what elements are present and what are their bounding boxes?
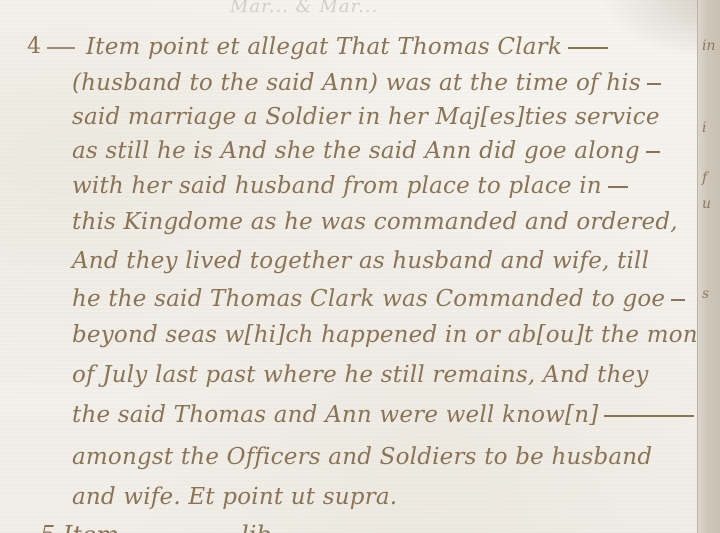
line-text: of July last past where he still remains…	[72, 362, 649, 388]
line-text: amongst the Officers and Soldiers to be …	[72, 444, 652, 470]
edge-fragment: i	[702, 120, 706, 136]
line-text: (husband to the said Ann) was at the tim…	[72, 70, 641, 96]
manuscript-line: with her said husband from place to plac…	[72, 173, 628, 199]
line-text: with her said husband from place to plac…	[72, 173, 602, 199]
line-filler-dash	[568, 47, 608, 49]
line-text: the said Thomas and Ann were well know[n…	[72, 402, 598, 428]
line-filler-dash	[608, 186, 628, 188]
line-text: as still he is And she the said Ann did …	[72, 138, 640, 164]
manuscript-line: this Kingdome as he was commanded and or…	[72, 209, 678, 235]
manuscript-line: said marriage a Soldier in her Maj[es]ti…	[72, 104, 660, 130]
manuscript-line: and wife. Et point ut supra.	[72, 484, 397, 510]
manuscript-line: (husband to the said Ann) was at the tim…	[72, 70, 661, 96]
manuscript-line: Item point et allegat That Thomas Clark	[86, 34, 608, 60]
manuscript-line: he the said Thomas Clark was Commanded t…	[72, 286, 685, 312]
manuscript-line: beyond seas w[hi]ch happened in or ab[ou…	[72, 322, 720, 348]
line-text: beyond seas w[hi]ch happened in or ab[ou…	[72, 322, 720, 348]
line-text: and wife. Et point ut supra.	[72, 484, 397, 510]
line-text: he the said Thomas Clark was Commanded t…	[72, 286, 665, 312]
edge-fragment: s	[702, 286, 709, 302]
line-filler-dash	[647, 83, 661, 85]
edge-fragment: u	[702, 196, 711, 212]
line-text: Item point et allegat That Thomas Clark	[86, 34, 562, 60]
line-filler-dash	[671, 299, 685, 301]
line-filler-dash	[646, 151, 660, 153]
edge-fragment: f	[702, 170, 707, 186]
bleed-through-text: Mar... & Mar...	[230, 0, 378, 17]
line-filler-dash	[604, 415, 694, 417]
line-text: And they lived together as husband and w…	[72, 248, 649, 274]
manuscript-line: as still he is And she the said Ann did …	[72, 138, 660, 164]
line-text: this Kingdome as he was commanded and or…	[72, 209, 678, 235]
manuscript-page: Mar... & Mar... 4 Item point et allegat …	[0, 0, 720, 533]
manuscript-line: the said Thomas and Ann were well know[n…	[72, 402, 694, 428]
manuscript-line: amongst the Officers and Soldiers to be …	[72, 444, 652, 470]
edge-fragment: in	[702, 38, 716, 54]
manuscript-line: of July last past where he still remains…	[72, 362, 649, 388]
manuscript-line: And they lived together as husband and w…	[72, 248, 649, 274]
line-text: said marriage a Soldier in her Maj[es]ti…	[72, 104, 660, 130]
cut-off-next-item: 5 Item ... ... ... ...lib...	[40, 515, 720, 533]
folded-page-edge: in i f u s	[697, 0, 720, 533]
item-number: 4	[27, 34, 41, 59]
